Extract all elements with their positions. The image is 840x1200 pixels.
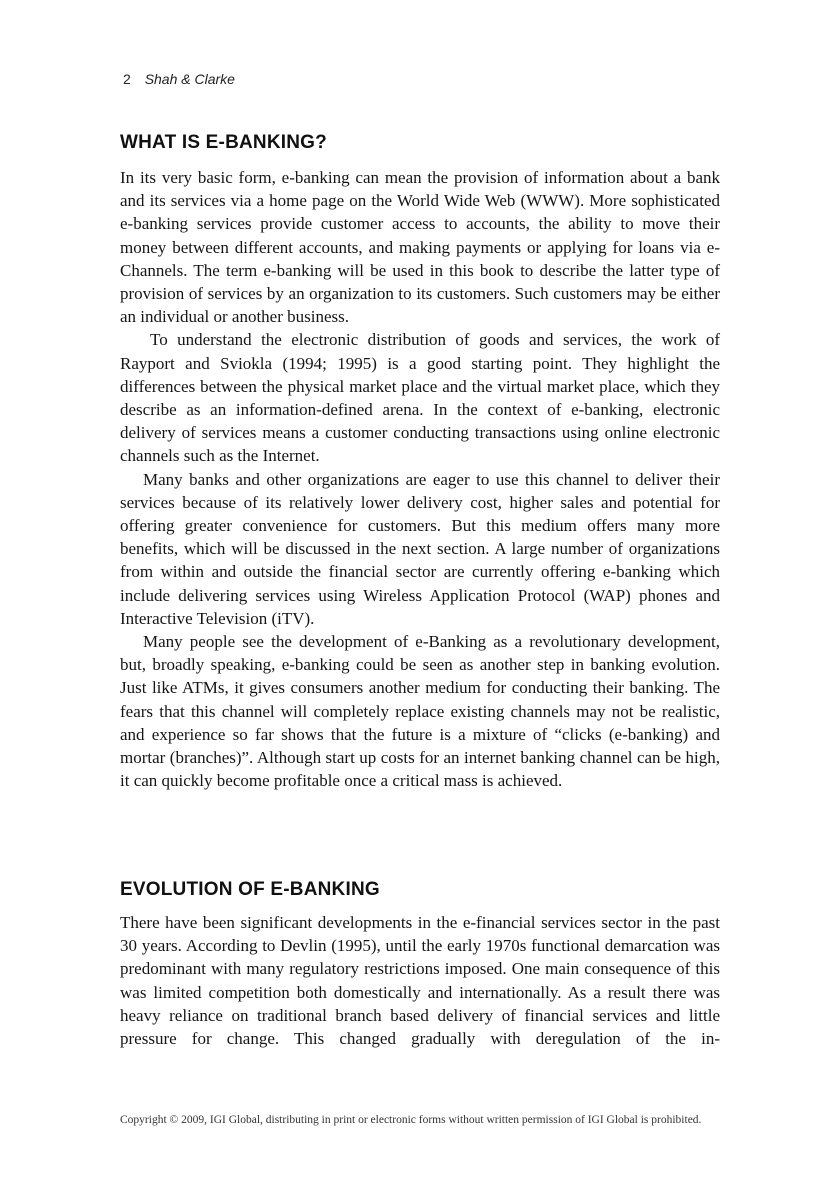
section-heading-what-is-e-banking: WHAT IS E-BANKING? xyxy=(120,132,327,154)
paragraph: In its very basic form, e-banking can me… xyxy=(120,166,720,328)
paragraph: Many banks and other organizations are e… xyxy=(120,468,720,630)
section-body-what-is-e-banking: In its very basic form, e-banking can me… xyxy=(120,166,720,792)
paragraph: There have been significant developments… xyxy=(120,911,720,1050)
running-head-authors: Shah & Clarke xyxy=(145,71,235,87)
page-number: 2 xyxy=(123,71,131,87)
paragraph: To understand the electronic distributio… xyxy=(120,328,720,467)
section-heading-evolution-of-e-banking: EVOLUTION OF E-BANKING xyxy=(120,879,380,901)
paragraph: Many people see the development of e-Ban… xyxy=(120,630,720,792)
copyright-footer: Copyright © 2009, IGI Global, distributi… xyxy=(120,1113,720,1128)
section-body-evolution-of-e-banking: There have been significant developments… xyxy=(120,911,720,1050)
running-head: 2 Shah & Clarke xyxy=(123,71,235,87)
